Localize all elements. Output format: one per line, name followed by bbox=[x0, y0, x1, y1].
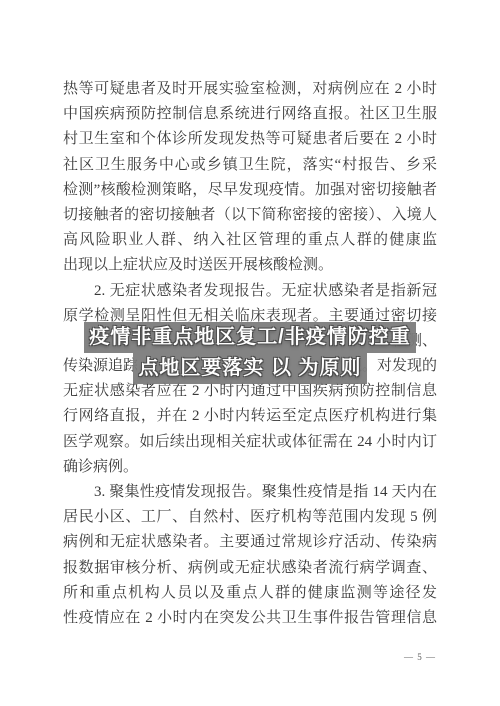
text-line: 村卫生室和个体诊所发现发热等可疑患者后要在 2 小时内报告 bbox=[63, 127, 437, 152]
text-line: 2. 无症状感染者发现报告。无症状感染者是指新冠病毒病 bbox=[63, 279, 437, 304]
text-line: 居民小区、工厂、自然村、医疗机构等范围内发现 5 例及以上 bbox=[63, 505, 437, 530]
text-line: 确诊病例。 bbox=[63, 455, 437, 480]
text-line: 行网络直报，并在 2 小时内转运至定点医疗机构进行集中隔离 bbox=[63, 404, 437, 429]
text-line: 报数据审核分析、病例或无症状感染者流行病学调查、重点场 bbox=[63, 556, 437, 581]
text-line: 医学观察。如后续出现相关症状或体征需在 24 小时内订正为 bbox=[63, 430, 437, 455]
overlay-title-line-2: 点地区要落实 以 为原则 bbox=[133, 353, 366, 384]
overlay-title-row-2: 点地区要落实 以 为原则 bbox=[0, 353, 500, 384]
text-line: 出现以上症状应及时送医开展核酸检测。 bbox=[63, 253, 437, 278]
text-line: 检测”核酸检测策略，尽早发现疫情。加强对密切接触者和密 bbox=[63, 178, 437, 203]
text-line: 3. 聚集性疫情发现报告。聚集性疫情是指 14 天内在学校、 bbox=[63, 480, 437, 505]
text-line: 社区卫生服务中心或乡镇卫生院，落实“村报告、乡采样、县 bbox=[63, 153, 437, 178]
text-line: 热等可疑患者及时开展实验室检测，对病例应在 2 小时内通过 bbox=[63, 77, 437, 102]
text-line: 病例和无症状感染者。主要通过常规诊疗活动、传染病网络直 bbox=[63, 530, 437, 555]
text-line: 性疫情应在 2 小时内在突发公共卫生事件报告管理信息系统网 bbox=[63, 606, 437, 631]
overlay-title-row-1: 疫情非重点地区复工/非疫情防控重 bbox=[0, 322, 500, 353]
overlay-title-line-1: 疫情非重点地区复工/非疫情防控重 bbox=[84, 322, 416, 353]
text-line: 所和重点机构人员以及重点人群的健康监测等途径发现。聚集 bbox=[63, 581, 437, 606]
page-number: — 5 — bbox=[396, 652, 444, 662]
overlay-title-banner: 疫情非重点地区复工/非疫情防控重 点地区要落实 以 为原则 bbox=[0, 322, 500, 384]
text-line: 切接触者的密切接触者（以下简称密接的密接）、入境人员、 bbox=[63, 203, 437, 228]
document-page: 热等可疑患者及时开展实验室检测，对病例应在 2 小时内通过 中国疾病预防控制信息… bbox=[0, 0, 500, 706]
text-line: 高风险职业人群、纳入社区管理的重点人群的健康监测，一旦 bbox=[63, 228, 437, 253]
text-line: 中国疾病预防控制信息系统进行网络直报。社区卫生服务站、 bbox=[63, 102, 437, 127]
